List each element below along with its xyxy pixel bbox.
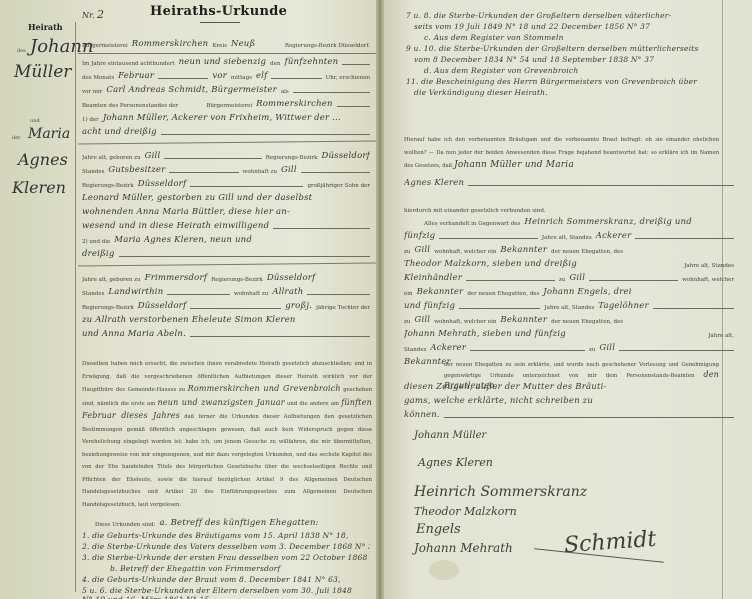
bride-birth-row: Jahre alt, geboren zu Frimmersdorf Regie… (82, 271, 370, 283)
margin-bride-last: Kleren (12, 178, 66, 197)
witness3-place-row: zu Gill wohnhaft, welcher ein Bekannter … (404, 313, 734, 325)
number-value: 2 (97, 8, 104, 21)
signature-witness-1: Heinrich Sommerskranz (414, 484, 587, 500)
margin-der-label: der (12, 135, 21, 141)
doc-11b: die Verkündigung dieser Heirath. (414, 85, 744, 97)
bride-name-row: 2) und die Maria Agnes Kleren, neun und (82, 233, 370, 245)
witness4-stand-row: Standes Ackerer zu Gill (404, 341, 734, 353)
bride-age-row: dreißig (82, 247, 370, 259)
closing-hand-row-3: gams, welche erklärte, nicht schreiben z… (404, 394, 734, 406)
aufgebot-paragraph: Dieselben haben mich ersucht, die zwisch… (82, 358, 372, 511)
bride-name: Maria Agnes Kleren, neun und (114, 235, 252, 245)
groom-parents-row-1: Leonard Müller, gestorben zu Gill und de… (82, 191, 370, 203)
witness1-age-row: fünfzig Jahre alt, Standes Ackerer (404, 229, 734, 241)
title-flourish (200, 22, 240, 23)
margin-des-label: des (17, 48, 26, 54)
intro-year-row: Im Jahre eintausend achthundert neun und… (82, 55, 370, 67)
number-label: Nr. (82, 11, 95, 20)
witness2-stand-row: Kleinhändler zu Gill wohnhaft, welcher (404, 271, 734, 283)
groom-parents-row-2: wohnenden Anna Maria Büttler, diese hier… (82, 205, 370, 217)
signature-bride: Agnes Kleren (418, 456, 493, 469)
margin-heading: Heirath (28, 22, 63, 32)
signature-witness-4: Johann Mehrath (414, 541, 513, 555)
certificate-number: Nr. 2 (82, 8, 104, 21)
witness1-row: Alles verhandelt in Gegenwart des Heinri… (424, 215, 734, 227)
intro-official-row: vor mir Carl Andreas Schmidt, Bürgermeis… (82, 83, 370, 95)
margin-bride-middle: Agnes (18, 150, 68, 169)
paper-stain (429, 560, 459, 580)
intro-month-row: des Monats Februar vor mittags elf Uhr, … (82, 69, 370, 81)
document-title: Heiraths-Urkunde (150, 4, 287, 19)
bride-parents-row-1: zu Allrath verstorbenen Eheleute Simon K… (82, 313, 370, 325)
right-page: 7 u. 8. die Sterbe-Urkunden der Großelte… (384, 0, 752, 599)
margin-column: Heirath des Johann Müller und der Maria … (0, 0, 70, 599)
divider (78, 53, 376, 54)
margin-und-label: und (30, 118, 40, 124)
buergermeisterei-value: Rommerskirchen (132, 39, 209, 49)
left-page: Heirath des Johann Müller und der Maria … (0, 0, 378, 599)
intro-beamter-row: Beamten des Personenstandes der Bürgerme… (82, 97, 370, 109)
witness2-row: Theodor Malzkorn, sieben und dreißig Jah… (404, 257, 734, 269)
margin-bride-first: Maria (28, 126, 70, 142)
witness2-rel-row: ein Bekannter der neuen Ehegatten, des J… (404, 285, 734, 297)
divider (78, 140, 376, 144)
kreis-value: Neuß (231, 39, 255, 49)
witness3-row: und fünfzig Jahre alt, Standes Tagelöhne… (404, 299, 734, 311)
groom-parents-row-3: wesend und in diese Heirath einwilligend (82, 219, 370, 231)
doc-6: N° 19 und 16. März 1861 N° 15. (82, 592, 370, 599)
witness1-place-row: zu Gill wohnhaft, welcher ein Bekannter … (404, 243, 734, 255)
groom-age-row: acht und dreißig (82, 125, 370, 137)
groom-name-row: 1) der Johann Müller, Ackerer von Frixhe… (82, 111, 370, 123)
margin-rule (75, 22, 76, 592)
signature-witness-2: Theodor Malzkorn (414, 505, 517, 518)
groom-name: Johann Müller, Ackerer von Frixheim, Wit… (103, 113, 341, 123)
margin-groom-last: Müller (14, 62, 71, 82)
documents-intro: Diese Urkunden sind: a. Betreff des künf… (95, 516, 365, 528)
groom-stand-row: Standes Gutsbesitzer wohnhaft zu Gill (82, 163, 370, 175)
groom-regbez-row: Regierungs-Bezirk Düsseldorf großjährige… (82, 177, 370, 189)
closing-hand-row-4: können. (404, 408, 734, 420)
signature-witness-3: Engels (416, 522, 461, 537)
bride-regbez-row: Regierungs-Bezirk Düsseldorf großj. jähr… (82, 299, 370, 311)
couple-row: Agnes Kleren (404, 176, 734, 188)
closing-hand-row-2: diesen Zeugen, außer der Mutter des Bräu… (404, 380, 734, 392)
signature-groom: Johann Müller (414, 430, 486, 441)
question-paragraph: Hierauf habe ich den vorbenannten Bräuti… (404, 134, 719, 173)
verbunden-row: hierdurch mit einander gesetzlich verbun… (404, 202, 734, 214)
bride-parents-row-2: und Anna Maria Abeln. (82, 327, 370, 339)
header-row: Bürgermeisterei Rommerskirchen Kreis Neu… (82, 37, 370, 49)
divider (78, 262, 376, 266)
bride-stand-row: Standes Landwirthin wohnhaft zu Allrath (82, 285, 370, 297)
groom-birth-row: Jahre alt, geboren zu Gill Regierungs-Be… (82, 149, 370, 161)
witness4-row: Johann Mehrath, sieben und fünfzig Jahre… (404, 327, 734, 339)
